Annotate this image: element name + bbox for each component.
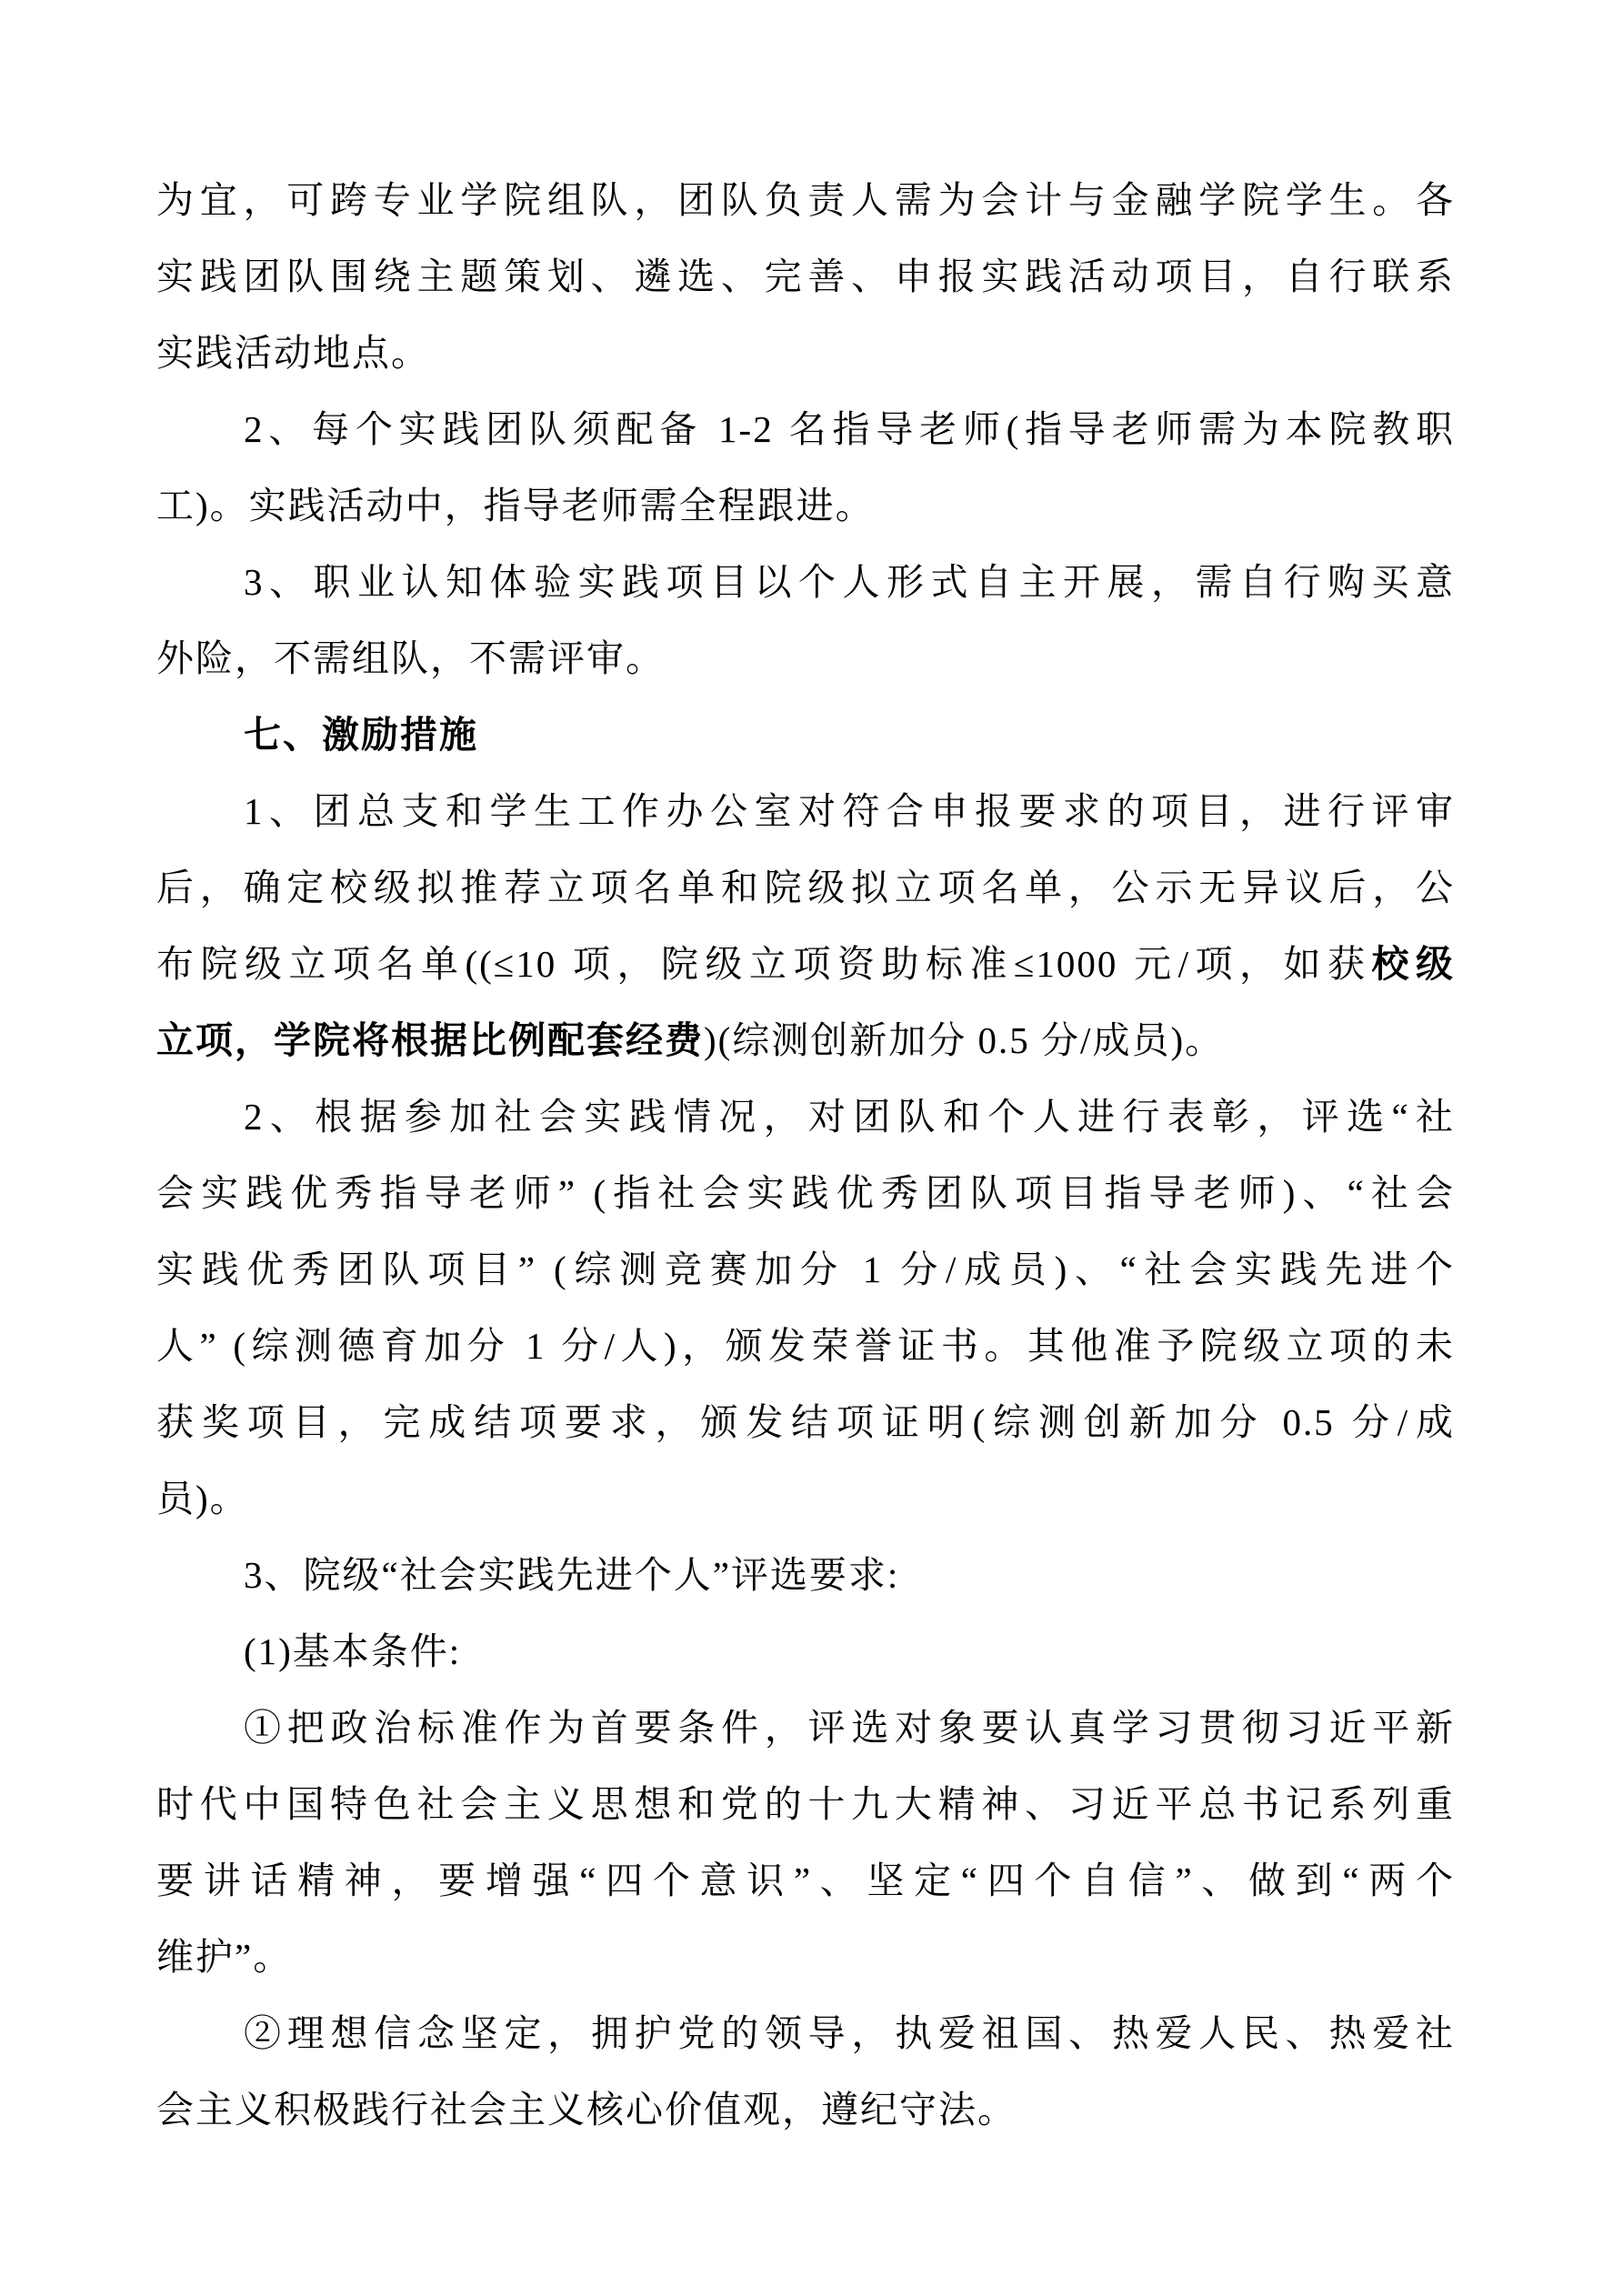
text-line: 3、院级“社会实践先进个人”评选要求: (156, 1537, 1455, 1613)
text-run: (1)基本条件: (244, 1630, 461, 1672)
text-line: 实践活动地点。 (156, 315, 1455, 391)
text-line: 维护”。 (156, 1919, 1455, 1995)
text-line: 立项，学院将根据比例配套经费)(综测创新加分 0.5 分/成员)。 (156, 1002, 1455, 1078)
text-line: 员)。 (156, 1460, 1455, 1537)
text-run: 2、每个实践团队须配备 1-2 名指导老师(指导老师需为本院教职 (244, 408, 1455, 450)
heading-incentive-measures: 七、激励措施 (156, 697, 1455, 773)
text-run: 获奖项目，完成结项要求，颁发结项证明(综测创新加分 0.5 分/成 (156, 1401, 1455, 1443)
text-line: 3、职业认知体验实践项目以个人形式自主开展，需自行购买意 (156, 544, 1455, 620)
text-line: 获奖项目，完成结项要求，颁发结项证明(综测创新加分 0.5 分/成 (156, 1384, 1455, 1460)
text-run: 后，确定校级拟推荐立项名单和院级拟立项名单，公示无异议后，公 (156, 867, 1455, 908)
text-line: (1)基本条件: (156, 1613, 1455, 1689)
text-run: 工)。实践活动中，指导老师需全程跟进。 (156, 485, 875, 526)
text-run: 会主义积极践行社会主义核心价值观，遵纪守法。 (156, 2089, 1017, 2131)
text-run: 外险，不需组队，不需评审。 (156, 637, 665, 679)
text-line: 为宜，可跨专业学院组队，团队负责人需为会计与金融学院学生。各 (156, 162, 1455, 238)
text-line: 后，确定校级拟推荐立项名单和院级拟立项名单，公示无异议后，公 (156, 849, 1455, 926)
text-line: 会主义积极践行社会主义核心价值观，遵纪守法。 (156, 2071, 1455, 2148)
text-line: 布院级立项名单((≤10 项，院级立项资助标准≤1000 元/项，如获校级 (156, 926, 1455, 1002)
bold-text-run: 校级 (1372, 943, 1456, 985)
text-run: ①把政治标准作为首要条件，评选对象要认真学习贯彻习近平新 (244, 1707, 1455, 1749)
bold-text-run: 立项，学院将根据比例配套经费 (156, 1019, 704, 1061)
text-run: 布院级立项名单((≤10 项，院级立项资助标准≤1000 元/项，如获 (156, 943, 1372, 985)
text-run: 实践优秀团队项目” (综测竞赛加分 1 分/成员)、“社会实践先进个 (156, 1248, 1455, 1290)
text-line: 会实践优秀指导老师” (指社会实践优秀团队项目指导老师)、“社会 (156, 1155, 1455, 1231)
text-run: 时代中国特色社会主义思想和党的十九大精神、习近平总书记系列重 (156, 1783, 1455, 1825)
text-line: 实践优秀团队项目” (综测竞赛加分 1 分/成员)、“社会实践先进个 (156, 1231, 1455, 1308)
text-run: 3、职业认知体验实践项目以个人形式自主开展，需自行购买意 (244, 561, 1455, 603)
text-run: 员)。 (156, 1478, 249, 1519)
text-line: ①把政治标准作为首要条件，评选对象要认真学习贯彻习近平新 (156, 1689, 1455, 1766)
text-line: ②理想信念坚定，拥护党的领导，执爱祖国、热爱人民、热爱社 (156, 1995, 1455, 2071)
document-body: 为宜，可跨专业学院组队，团队负责人需为会计与金融学院学生。各实践团队围绕主题策划… (156, 162, 1455, 2148)
text-run: 1、团总支和学生工作办公室对符合申报要求的项目，进行评审 (244, 790, 1455, 832)
text-run: 实践活动地点。 (156, 332, 430, 374)
text-run: 维护”。 (156, 1936, 292, 1978)
text-line: 2、根据参加社会实践情况，对团队和个人进行表彰，评选“社 (156, 1078, 1455, 1155)
text-line: 要讲话精神，要增强“四个意识”、坚定“四个自信”、做到“两个 (156, 1842, 1455, 1919)
text-run: 要讲话精神，要增强“四个意识”、坚定“四个自信”、做到“两个 (156, 1860, 1455, 1901)
text-run: 人” (综测德育加分 1 分/人)，颁发荣誉证书。其他准予院级立项的未 (156, 1325, 1455, 1367)
text-run: 实践团队围绕主题策划、遴选、完善、申报实践活动项目，自行联系 (156, 256, 1455, 297)
text-run: 为宜，可跨专业学院组队，团队负责人需为会计与金融学院学生。各 (156, 179, 1455, 221)
text-run: )(综测创新加分 0.5 分/成员)。 (704, 1019, 1224, 1061)
text-line: 实践团队围绕主题策划、遴选、完善、申报实践活动项目，自行联系 (156, 238, 1455, 315)
text-run: 2、根据参加社会实践情况，对团队和个人进行表彰，评选“社 (244, 1096, 1455, 1138)
text-run: 3、院级“社会实践先进个人”评选要求: (244, 1554, 899, 1596)
text-run: 会实践优秀指导老师” (指社会实践优秀团队项目指导老师)、“社会 (156, 1172, 1455, 1214)
text-run: ②理想信念坚定，拥护党的领导，执爱祖国、热爱人民、热爱社 (244, 2012, 1455, 2054)
text-line: 1、团总支和学生工作办公室对符合申报要求的项目，进行评审 (156, 773, 1455, 849)
bold-text-run: 七、激励措施 (244, 714, 478, 756)
text-line: 外险，不需组队，不需评审。 (156, 620, 1455, 697)
text-line: 2、每个实践团队须配备 1-2 名指导老师(指导老师需为本院教职 (156, 391, 1455, 467)
text-line: 工)。实践活动中，指导老师需全程跟进。 (156, 467, 1455, 544)
text-line: 时代中国特色社会主义思想和党的十九大精神、习近平总书记系列重 (156, 1766, 1455, 1842)
text-line: 人” (综测德育加分 1 分/人)，颁发荣誉证书。其他准予院级立项的未 (156, 1308, 1455, 1384)
